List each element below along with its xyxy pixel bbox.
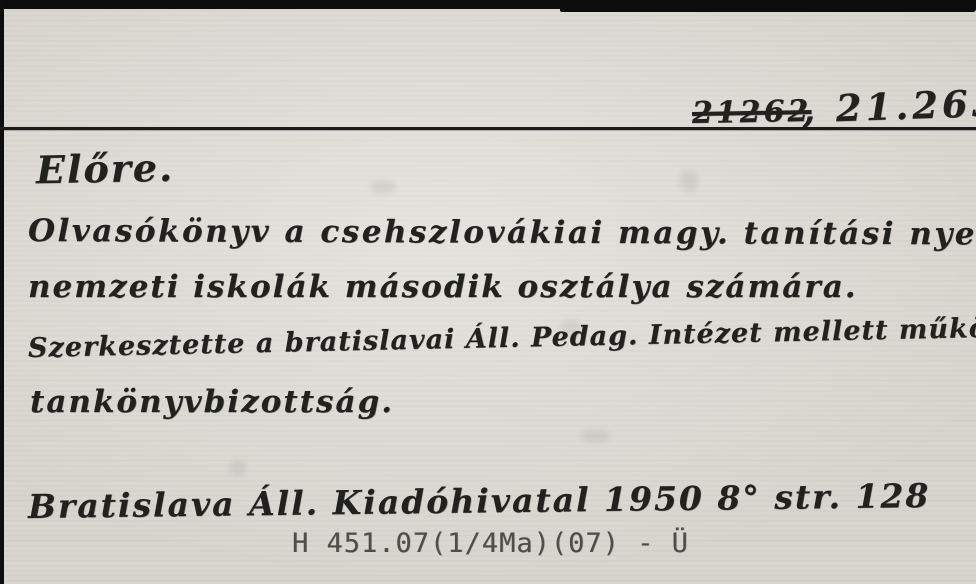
card-ruled-line (0, 127, 976, 130)
scan-edge-top-right (560, 0, 976, 12)
description-line-2: nemzeti iskolák második osztálya számára… (28, 269, 858, 305)
accession-number: , 21.263 (801, 81, 976, 132)
paper-smudge (680, 170, 698, 192)
catalog-card: 21262 , 21.263 Előre. Olvasókönyv a cseh… (0, 0, 976, 584)
scan-edge-left (0, 0, 4, 584)
crossed-out-accession-number: 21262 (692, 94, 812, 131)
paper-smudge (370, 180, 396, 194)
title-line: Előre. (36, 145, 175, 192)
typed-shelfmark: H 451.07(1/4Ma)(07) - Ü (292, 528, 689, 559)
editor-line-2: tankönyvbizottság. (30, 384, 394, 420)
description-line-1: Olvasókönyv a csehszlovákiai magy. tanít… (28, 213, 976, 253)
editor-line-1: Szerkesztette a bratislavai Áll. Pedag. … (28, 312, 976, 364)
imprint-line: Bratislava Áll. Kiadóhivatal 1950 8° str… (28, 476, 931, 526)
paper-smudge (230, 460, 246, 476)
paper-smudge (580, 430, 610, 442)
